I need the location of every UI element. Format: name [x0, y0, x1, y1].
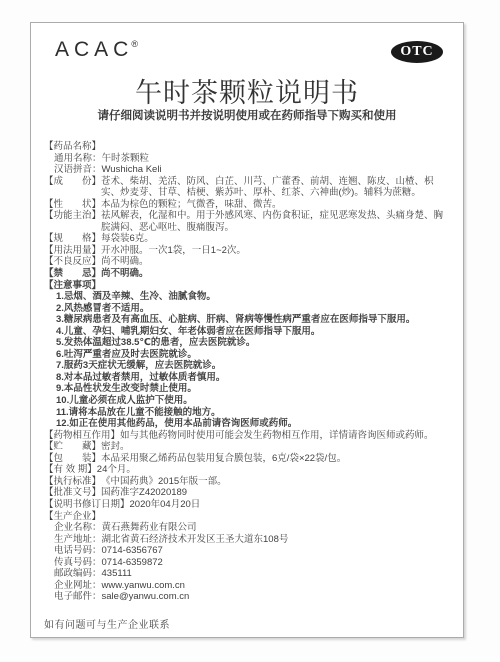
entry-label: 【执行标准】: [44, 476, 101, 488]
entry-label: 【成 份】: [44, 176, 101, 188]
entry-text: 435111: [102, 568, 450, 580]
entry-line: 电话号码：0714-6356767: [44, 545, 450, 557]
entry-text: 8.对本品过敏者禁用，过敏体质者慎用。: [56, 372, 450, 384]
entry-text: 2.风热感冒者不适用。: [56, 303, 450, 315]
entry-line: 【药品名称】: [44, 141, 450, 153]
entry-text: 24个月。: [97, 464, 450, 476]
entry-text: www.yanwu.com.cn: [102, 580, 450, 592]
entry-text: 密封。: [101, 441, 450, 453]
entry-label: 邮政编码：: [54, 568, 102, 580]
entry-label: 【有 效 期】: [44, 464, 97, 476]
entry-label: 【性 状】: [44, 199, 101, 211]
page-subtitle: 请仔细阅读说明书并按说明使用或在药师指导下购买和使用: [31, 107, 463, 123]
entry-line: 【注意事项】: [44, 280, 450, 292]
entry-label: 企业网址：: [54, 580, 102, 592]
entry-label: 【用法用量】: [44, 245, 101, 257]
entry-label: 【说明书修订日期】: [44, 499, 130, 511]
entry-line: 企业网址：www.yanwu.com.cn: [44, 580, 450, 592]
entry-text: 如与其他药物同时使用可能会发生药物相互作用，详情请咨询医师或药师。: [120, 430, 450, 442]
entry-line: 汉语拼音：Wushicha Keli: [44, 164, 450, 176]
entry-label: 电子邮件：: [54, 591, 102, 603]
entry-line: 【有 效 期】24个月。: [44, 464, 450, 476]
entry-text: 本品为棕色的颗粒；气微香，味甜、微苦。: [101, 199, 450, 211]
entry-text: 本品采用聚乙烯药品包装用复合膜包装，6克/袋×22袋/包。: [101, 453, 450, 465]
entry-label: 【禁 忌】: [44, 268, 101, 280]
entry-text: 尚不明确。: [101, 256, 450, 268]
entry-text: 国药准字Z42020189: [101, 487, 450, 499]
entry-text: sale@yanwu.com.cn: [102, 591, 450, 603]
entry-label: 电话号码：: [54, 545, 102, 557]
precaution-item: 1.忌烟、酒及辛辣、生冷、油腻食物。: [44, 291, 450, 303]
entry-label: 【批准文号】: [44, 487, 101, 499]
entry-text: 5.发热体温超过38.5℃的患者，应去医院就诊。: [56, 337, 450, 349]
entry-label: 【贮 藏】: [44, 441, 101, 453]
otc-badge: OTC: [391, 41, 443, 63]
entry-label: 生产地址：: [54, 534, 102, 546]
entry-label: 传真号码：: [54, 557, 102, 569]
entry-line: 通用名称：午时茶颗粒: [44, 153, 450, 165]
entry-text: 苍术、柴胡、羌活、防风、白芷、川芎、广藿香、前胡、连翘、陈皮、山楂、枳实、炒麦芽…: [101, 176, 450, 199]
entry-label: 汉语拼音：: [54, 164, 102, 176]
entry-text: 12.如正在使用其他药品，使用本品前请咨询医师或药师。: [56, 418, 450, 430]
entry-text: 开水冲服。一次1袋，一日1~2次。: [101, 245, 450, 257]
entry-label: 【药物相互作用】: [44, 430, 120, 442]
entry-text: 0714-6356767: [102, 545, 450, 557]
precaution-item: 4.儿童、孕妇、哺乳期妇女、年老体弱者应在医师指导下服用。: [44, 326, 450, 338]
entry-line: 【禁 忌】尚不明确。: [44, 268, 450, 280]
entry-text: 尚不明确。: [101, 268, 450, 280]
entry-line: 【说明书修订日期】2020年04月20日: [44, 499, 450, 511]
entry-line: 电子邮件：sale@yanwu.com.cn: [44, 591, 450, 603]
entry-label: 【药品名称】: [44, 141, 101, 153]
entry-label: 【不良反应】: [44, 256, 101, 268]
precaution-item: 9.本品性状发生改变时禁止使用。: [44, 383, 450, 395]
entry-line: 邮政编码：435111: [44, 568, 450, 580]
brand-logo: ACAC®: [55, 38, 140, 62]
entry-line: 【规 格】每袋装6克。: [44, 233, 450, 245]
entry-label: 【规 格】: [44, 233, 101, 245]
document-body: 【药品名称】通用名称：午时茶颗粒汉语拼音：Wushicha Keli【成 份】苍…: [44, 141, 450, 603]
entry-text: 1.忌烟、酒及辛辣、生冷、油腻食物。: [56, 291, 450, 303]
entry-text: 祛风解表，化湿和中。用于外感风寒、内伤食积证，症见恶寒发热、头痛身楚、胸脘满闷、…: [101, 210, 450, 233]
precaution-item: 10.儿童必须在成人监护下使用。: [44, 395, 450, 407]
entry-line: 【用法用量】开水冲服。一次1袋，一日1~2次。: [44, 245, 450, 257]
leaflet-header: ACAC® OTC 午时茶颗粒说明书 请仔细阅读说明书并按说明使用或在药师指导下…: [31, 23, 463, 127]
entry-line: 【生产企业】: [44, 511, 450, 523]
entry-text: 2020年04月20日: [130, 499, 450, 511]
entry-text: 0714-6359872: [102, 557, 450, 569]
precaution-item: 12.如正在使用其他药品，使用本品前请咨询医师或药师。: [44, 418, 450, 430]
entry-text: 午时茶颗粒: [102, 153, 450, 165]
entry-line: 【成 份】苍术、柴胡、羌活、防风、白芷、川芎、广藿香、前胡、连翘、陈皮、山楂、枳…: [44, 176, 450, 199]
precaution-item: 6.吐泻严重者应及时去医院就诊。: [44, 349, 450, 361]
entry-line: 【贮 藏】密封。: [44, 441, 450, 453]
leaflet-document: ACAC® OTC 午时茶颗粒说明书 请仔细阅读说明书并按说明使用或在药师指导下…: [30, 22, 464, 638]
precaution-item: 7.服药3天症状无缓解，应去医院就诊。: [44, 360, 450, 372]
entry-line: 生产地址：湖北省黄石经济技术开发区王圣大道东108号: [44, 534, 450, 546]
entry-label: 通用名称：: [54, 153, 102, 165]
entry-text: 4.儿童、孕妇、哺乳期妇女、年老体弱者应在医师指导下服用。: [56, 326, 450, 338]
entry-line: 【药物相互作用】如与其他药物同时使用可能会发生药物相互作用，详情请咨询医师或药师…: [44, 430, 450, 442]
entry-text: 每袋装6克。: [101, 233, 450, 245]
page-title: 午时茶颗粒说明书: [31, 71, 463, 110]
entry-text: 11.请将本品放在儿童不能接触的地方。: [56, 407, 450, 419]
entry-line: 【功能主治】祛风解表，化湿和中。用于外感风寒、内伤食积证，症见恶寒发热、头痛身楚…: [44, 210, 450, 233]
entry-line: 【包 装】本品采用聚乙烯药品包装用复合膜包装，6克/袋×22袋/包。: [44, 453, 450, 465]
entry-text: 《中国药典》2015年版一部。: [101, 476, 450, 488]
entry-line: 【不良反应】尚不明确。: [44, 256, 450, 268]
entry-line: 企业名称：黄石燕舞药业有限公司: [44, 522, 450, 534]
precaution-item: 3.糖尿病患者及有高血压、心脏病、肝病、肾病等慢性病严重者应在医师指导下服用。: [44, 314, 450, 326]
registered-trademark-icon: ®: [131, 39, 138, 49]
entry-text: 黄石燕舞药业有限公司: [102, 522, 450, 534]
footer-note: 如有问题可与生产企业联系: [44, 616, 463, 631]
precaution-item: 11.请将本品放在儿童不能接触的地方。: [44, 407, 450, 419]
precaution-item: 2.风热感冒者不适用。: [44, 303, 450, 315]
entry-label: 企业名称：: [54, 522, 102, 534]
entry-line: 【执行标准】《中国药典》2015年版一部。: [44, 476, 450, 488]
precaution-item: 5.发热体温超过38.5℃的患者，应去医院就诊。: [44, 337, 450, 349]
entry-line: 【批准文号】国药准字Z42020189: [44, 487, 450, 499]
entry-text: Wushicha Keli: [102, 164, 450, 176]
entry-text: 湖北省黄石经济技术开发区王圣大道东108号: [102, 534, 450, 546]
entry-line: 传真号码：0714-6359872: [44, 557, 450, 569]
entry-text: 10.儿童必须在成人监护下使用。: [56, 395, 450, 407]
entry-text: 6.吐泻严重者应及时去医院就诊。: [56, 349, 450, 361]
entry-label: 【包 装】: [44, 453, 101, 465]
precaution-item: 8.对本品过敏者禁用，过敏体质者慎用。: [44, 372, 450, 384]
entry-text: 9.本品性状发生改变时禁止使用。: [56, 383, 450, 395]
entry-text: 7.服药3天症状无缓解，应去医院就诊。: [56, 360, 450, 372]
entry-text: 3.糖尿病患者及有高血压、心脏病、肝病、肾病等慢性病严重者应在医师指导下服用。: [56, 314, 450, 326]
brand-text: ACAC: [55, 38, 133, 61]
entry-label: 【生产企业】: [44, 511, 101, 523]
entry-label: 【功能主治】: [44, 210, 101, 222]
entry-line: 【性 状】本品为棕色的颗粒；气微香，味甜、微苦。: [44, 199, 450, 211]
entry-label: 【注意事项】: [44, 280, 101, 292]
